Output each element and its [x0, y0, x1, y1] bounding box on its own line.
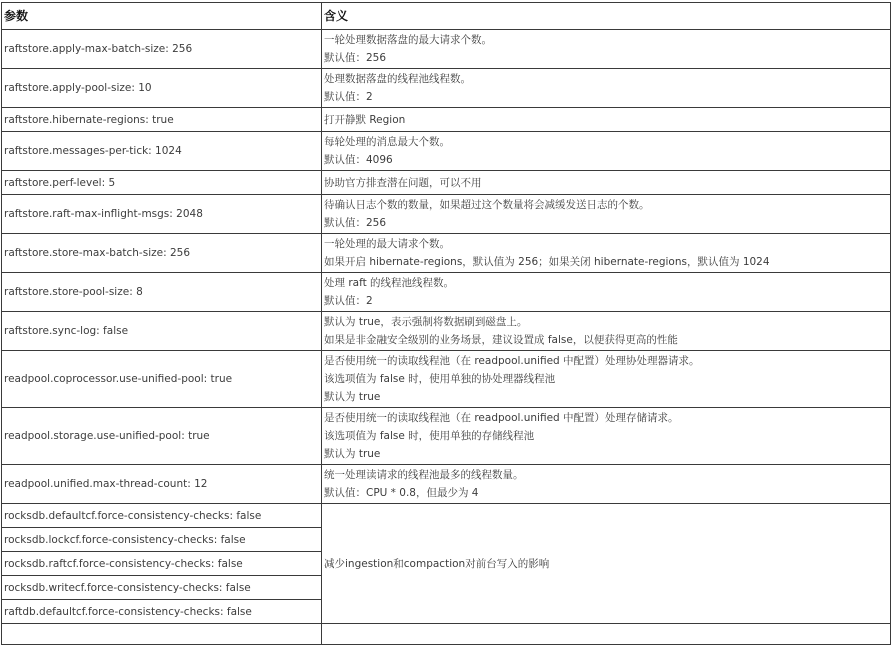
meaning-line: 默认值：2 — [324, 292, 890, 310]
meaning-line: 处理数据落盘的线程池线程数。 — [324, 70, 890, 88]
param-cell: raftstore.apply-pool-size: 10 — [2, 69, 322, 108]
meaning-line: 如果开启 hibernate-regions，默认值为 256；如果关闭 hib… — [324, 253, 890, 271]
meaning-line: 是否使用统一的读取线程池（在 readpool.unified 中配置）处理存储… — [324, 409, 890, 427]
table-row: readpool.unified.max-thread-count: 12 统一… — [2, 465, 891, 504]
param-cell: raftstore.apply-max-batch-size: 256 — [2, 30, 322, 69]
meaning-cell: 待确认日志个数的数量，如果超过这个数量将会减缓发送日志的个数。 默认值：256 — [322, 195, 891, 234]
table-row: readpool.coprocessor.use-unified-pool: t… — [2, 351, 891, 408]
table-row: raftstore.store-max-batch-size: 256 一轮处理… — [2, 234, 891, 273]
param-cell: raftstore.perf-level: 5 — [2, 171, 322, 195]
parameters-table: 参数 含义 raftstore.apply-max-batch-size: 25… — [1, 2, 891, 645]
meaning-line: 每轮处理的消息最大个数。 — [324, 133, 890, 151]
meaning-line: 默认为 true — [324, 445, 890, 463]
param-cell: readpool.unified.max-thread-count: 12 — [2, 465, 322, 504]
meaning-line: 默认值：256 — [324, 49, 890, 67]
meaning-line: 是否使用统一的读取线程池（在 readpool.unified 中配置）处理协处… — [324, 352, 890, 370]
header-param: 参数 — [2, 3, 322, 30]
meaning-line: 默认值：2 — [324, 88, 890, 106]
table-row: rocksdb.defaultcf.force-consistency-chec… — [2, 504, 891, 528]
meaning-cell: 协助官方排查潜在问题，可以不用 — [322, 171, 891, 195]
param-cell: rocksdb.defaultcf.force-consistency-chec… — [2, 504, 322, 528]
table-row: raftstore.store-pool-size: 8 处理 raft 的线程… — [2, 273, 891, 312]
meaning-cell: 一轮处理的最大请求个数。 如果开启 hibernate-regions，默认值为… — [322, 234, 891, 273]
param-cell: readpool.storage.use-unified-pool: true — [2, 408, 322, 465]
meaning-cell — [322, 624, 891, 645]
param-cell: raftstore.store-max-batch-size: 256 — [2, 234, 322, 273]
meaning-line: 默认值：4096 — [324, 151, 890, 169]
meaning-line: 统一处理读请求的线程池最多的线程数量。 — [324, 466, 890, 484]
meaning-cell: 是否使用统一的读取线程池（在 readpool.unified 中配置）处理协处… — [322, 351, 891, 408]
param-cell: raftstore.store-pool-size: 8 — [2, 273, 322, 312]
meaning-line: 待确认日志个数的数量，如果超过这个数量将会减缓发送日志的个数。 — [324, 196, 890, 214]
meaning-cell: 默认为 true，表示强制将数据刷到磁盘上。 如果是非金融安全级别的业务场景，建… — [322, 312, 891, 351]
table-row: raftstore.perf-level: 5 协助官方排查潜在问题，可以不用 — [2, 171, 891, 195]
meaning-cell: 处理 raft 的线程池线程数。 默认值：2 — [322, 273, 891, 312]
meaning-line: 默认为 true，表示强制将数据刷到磁盘上。 — [324, 313, 890, 331]
table-row-partial — [2, 624, 891, 645]
meaning-line: 该选项值为 false 时，使用单独的协处理器线程池 — [324, 370, 890, 388]
meaning-line: 一轮处理数据落盘的最大请求个数。 — [324, 31, 890, 49]
table-row: raftstore.messages-per-tick: 1024 每轮处理的消… — [2, 132, 891, 171]
param-cell: raftdb.defaultcf.force-consistency-check… — [2, 600, 322, 624]
param-cell: readpool.coprocessor.use-unified-pool: t… — [2, 351, 322, 408]
param-cell: rocksdb.lockcf.force-consistency-checks:… — [2, 528, 322, 552]
meaning-line: 打开静默 Region — [324, 111, 890, 129]
table-row: raftstore.raft-max-inflight-msgs: 2048 待… — [2, 195, 891, 234]
param-cell: raftstore.messages-per-tick: 1024 — [2, 132, 322, 171]
header-meaning: 含义 — [322, 3, 891, 30]
meaning-line: 处理 raft 的线程池线程数。 — [324, 274, 890, 292]
meaning-line: 默认值：256 — [324, 214, 890, 232]
table-row: raftstore.hibernate-regions: true 打开静默 R… — [2, 108, 891, 132]
meaning-line: 默认值：CPU * 0.8，但最少为 4 — [324, 484, 890, 502]
meaning-cell-merged: 减少ingestion和compaction对前台写入的影响 — [322, 504, 891, 624]
param-cell: raftstore.hibernate-regions: true — [2, 108, 322, 132]
param-cell: raftstore.sync-log: false — [2, 312, 322, 351]
meaning-line: 如果是非金融安全级别的业务场景，建议设置成 false，以便获得更高的性能 — [324, 331, 890, 349]
table-row: raftstore.sync-log: false 默认为 true，表示强制将… — [2, 312, 891, 351]
param-cell: rocksdb.writecf.force-consistency-checks… — [2, 576, 322, 600]
meaning-line: 该选项值为 false 时，使用单独的存储线程池 — [324, 427, 890, 445]
param-cell: raftstore.raft-max-inflight-msgs: 2048 — [2, 195, 322, 234]
table-row: readpool.storage.use-unified-pool: true … — [2, 408, 891, 465]
param-cell: rocksdb.raftcf.force-consistency-checks:… — [2, 552, 322, 576]
meaning-cell: 打开静默 Region — [322, 108, 891, 132]
table-row: raftstore.apply-max-batch-size: 256 一轮处理… — [2, 30, 891, 69]
meaning-cell: 统一处理读请求的线程池最多的线程数量。 默认值：CPU * 0.8，但最少为 4 — [322, 465, 891, 504]
table-header-row: 参数 含义 — [2, 3, 891, 30]
meaning-cell: 一轮处理数据落盘的最大请求个数。 默认值：256 — [322, 30, 891, 69]
meaning-line: 默认为 true — [324, 388, 890, 406]
meaning-line: 一轮处理的最大请求个数。 — [324, 235, 890, 253]
meaning-cell: 每轮处理的消息最大个数。 默认值：4096 — [322, 132, 891, 171]
param-cell — [2, 624, 322, 645]
meaning-cell: 是否使用统一的读取线程池（在 readpool.unified 中配置）处理存储… — [322, 408, 891, 465]
meaning-cell: 处理数据落盘的线程池线程数。 默认值：2 — [322, 69, 891, 108]
meaning-line: 协助官方排查潜在问题，可以不用 — [324, 174, 890, 192]
table-row: raftstore.apply-pool-size: 10 处理数据落盘的线程池… — [2, 69, 891, 108]
